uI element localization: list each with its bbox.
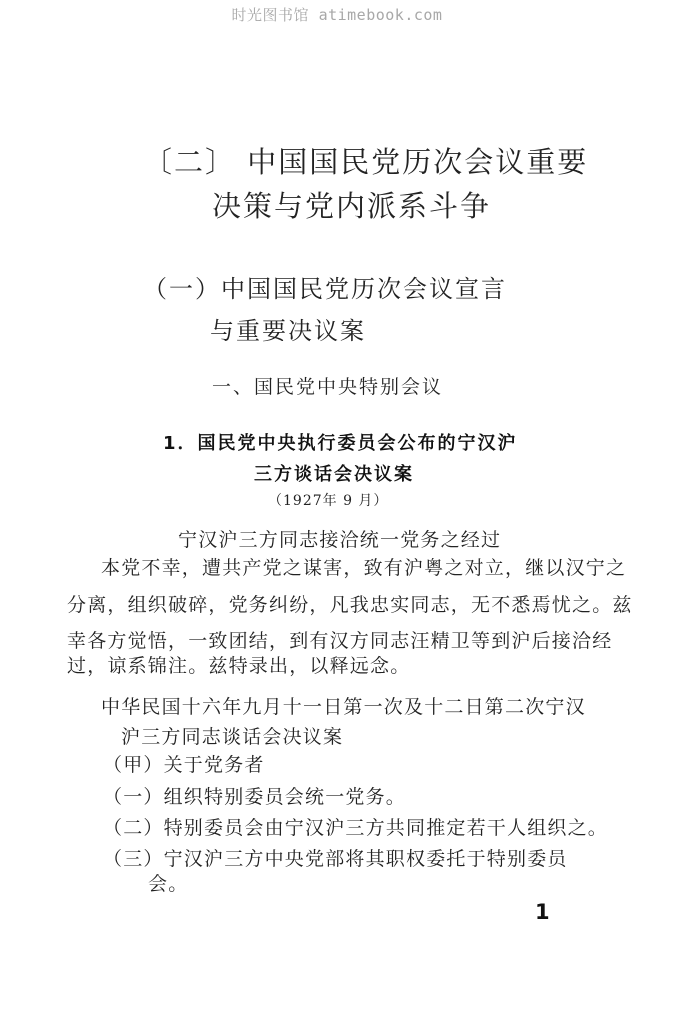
- resolution-item-2: （二）特别委员会由宁汉沪三方共同推定若干人组织之。: [103, 813, 608, 840]
- resolution-item-1: （一）组织特别委员会统一党务。: [103, 782, 406, 809]
- resolution-item-3: （三）宁汉沪三方中央党部将其职权委托于特别委员: [103, 844, 568, 871]
- part-title-line-2: 决策与党内派系斗争: [212, 184, 491, 225]
- resolution-heading-line-2: 沪三方同志谈话会决议案: [121, 722, 343, 749]
- preface-line-1: 本党不幸，遭共产党之谋害，致有沪粤之对立，继以汉宁之: [101, 553, 626, 580]
- preface-heading: 宁汉沪三方同志接洽统一党务之经过: [178, 525, 501, 552]
- category-heading: （甲）关于党务者: [103, 750, 265, 777]
- document-title-line-1: 1．国民党中央执行委员会公布的宁汉沪: [163, 429, 518, 455]
- sub-title: 一、国民党中央特别会议: [212, 372, 443, 399]
- section-title-line-1: （一）中国国民党历次会议宣言: [143, 269, 507, 304]
- preface-line-4: 过，谅系锦注。兹特录出，以释远念。: [67, 651, 410, 678]
- preface-line-2: 分离，组织破碎，党务纠纷，凡我忠实同志，无不悉焉忧之。兹: [67, 590, 633, 617]
- watermark: 时光图书馆 atimebook.com: [0, 4, 674, 25]
- resolution-heading-line-1: 中华民国十六年九月十一日第一次及十二日第二次宁汉: [101, 692, 586, 719]
- part-title-line-1: 〔二〕 中国国民党历次会议重要: [143, 140, 588, 181]
- section-title-line-2: 与重要决议案: [210, 311, 366, 346]
- preface-line-3: 幸各方觉悟，一致团结，到有汉方同志汪精卫等到沪后接洽经: [67, 626, 612, 653]
- resolution-item-3-continued: 会。: [148, 869, 188, 896]
- document-date: （1927年 9 月）: [268, 490, 388, 510]
- page-number: 1: [535, 900, 550, 924]
- document-title-line-2: 三方谈话会决议案: [254, 460, 414, 486]
